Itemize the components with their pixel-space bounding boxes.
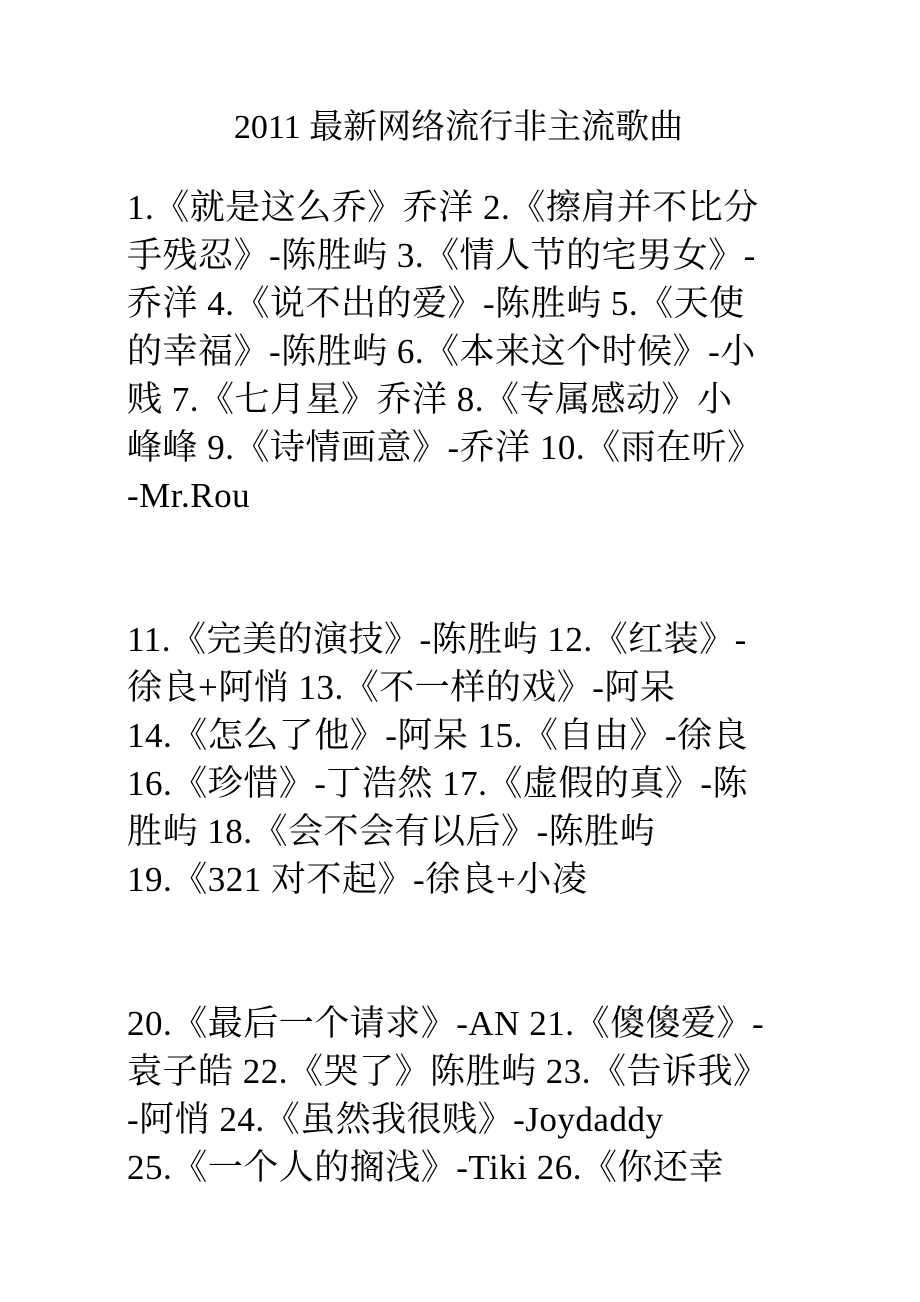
song-list-line: 的幸福》-陈胜屿 6.《本来这个时候》-小 — [127, 328, 790, 376]
song-list-line: 乔洋 4.《说不出的爱》-陈胜屿 5.《天使 — [127, 280, 790, 328]
song-list-paragraph-3: 20.《最后一个请求》-AN 21.《傻傻爱》- 袁子皓 22.《哭了》陈胜屿 … — [127, 1000, 790, 1192]
song-list-line: 1.《就是这么乔》乔洋 2.《擦肩并不比分 — [127, 184, 790, 232]
song-list-line: 手残忍》-陈胜屿 3.《情人节的宅男女》- — [127, 232, 790, 280]
song-list-line: 11.《完美的演技》-陈胜屿 12.《红装》- — [127, 616, 790, 664]
song-list-line: 19.《321 对不起》-徐良+小凌 — [127, 856, 790, 904]
song-list-line: 14.《怎么了他》-阿呆 15.《自由》-徐良 — [127, 712, 790, 760]
song-list-paragraph-1: 1.《就是这么乔》乔洋 2.《擦肩并不比分 手残忍》-陈胜屿 3.《情人节的宅男… — [127, 184, 790, 520]
song-list-line: 徐良+阿悄 13.《不一样的戏》-阿呆 — [127, 664, 790, 712]
song-list-line: 贱 7.《七月星》乔洋 8.《专属感动》小 — [127, 376, 790, 424]
song-list-line: 胜屿 18.《会不会有以后》-陈胜屿 — [127, 808, 790, 856]
song-list-line: 袁子皓 22.《哭了》陈胜屿 23.《告诉我》 — [127, 1048, 790, 1096]
song-list-line: 25.《一个人的搁浅》-Tiki 26.《你还幸 — [127, 1144, 790, 1192]
song-list-line: 16.《珍惜》-丁浩然 17.《虚假的真》-陈 — [127, 760, 790, 808]
document-page: 2011 最新网络流行非主流歌曲 1.《就是这么乔》乔洋 2.《擦肩并不比分 手… — [0, 0, 920, 1302]
song-list-paragraph-2: 11.《完美的演技》-陈胜屿 12.《红装》- 徐良+阿悄 13.《不一样的戏》… — [127, 616, 790, 904]
document-title: 2011 最新网络流行非主流歌曲 — [127, 104, 790, 152]
song-list-line: 20.《最后一个请求》-AN 21.《傻傻爱》- — [127, 1000, 790, 1048]
song-list-line: -阿悄 24.《虽然我很贱》-Joydaddy — [127, 1096, 790, 1144]
song-list-line: 峰峰 9.《诗情画意》-乔洋 10.《雨在听》 — [127, 424, 790, 472]
song-list-line: -Mr.Rou — [127, 472, 790, 520]
